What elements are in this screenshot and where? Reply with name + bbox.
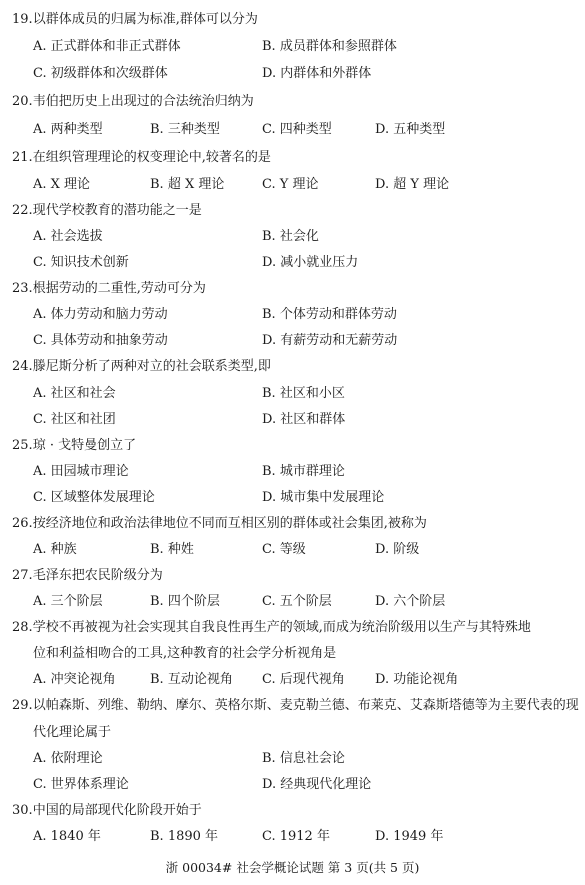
option-25-d: D. 城市集中发展理论 (262, 490, 384, 506)
page-footer: 浙 00034# 社会学概论试题 第 3 页(共 5 页) (0, 858, 585, 876)
question-20-stem: 20.韦伯把历史上出现过的合法统治归纳为 (12, 94, 254, 110)
option-19-c: C. 初级群体和次级群体 (33, 66, 168, 82)
question-30-stem: 30.中国的局部现代化阶段开始于 (12, 803, 202, 819)
option-20-b: B. 三种类型 (150, 122, 220, 138)
option-20-d: D. 五种类型 (375, 122, 445, 138)
option-27-c: C. 五个阶层 (262, 594, 332, 610)
option-28-d: D. 功能论视角 (375, 672, 458, 688)
option-19-d: D. 内群体和外群体 (262, 66, 371, 82)
option-26-c: C. 等级 (262, 542, 306, 558)
option-20-c: C. 四种类型 (262, 122, 332, 138)
option-22-c: C. 知识技术创新 (33, 255, 129, 271)
option-27-a: A. 三个阶层 (33, 594, 103, 610)
option-25-a: A. 田园城市理论 (33, 464, 129, 480)
option-29-b: B. 信息社会论 (262, 751, 345, 767)
question-28-stem: 28.学校不再被视为社会实现其自我良性再生产的领域,而成为统治阶级用以生产与其特… (12, 620, 531, 636)
option-29-d: D. 经典现代化理论 (262, 777, 371, 793)
option-24-c: C. 社区和社团 (33, 412, 116, 428)
option-25-c: C. 区域整体发展理论 (33, 490, 155, 506)
option-20-a: A. 两种类型 (33, 122, 103, 138)
option-22-a: A. 社会选拔 (33, 229, 103, 245)
option-21-a: A. X 理论 (33, 177, 90, 193)
option-24-d: D. 社区和群体 (262, 412, 345, 428)
option-30-d: D. 1949 年 (375, 829, 443, 845)
option-26-a: A. 种族 (33, 542, 77, 558)
option-23-b: B. 个体劳动和群体劳动 (262, 307, 397, 323)
question-22-stem: 22.现代学校教育的潜功能之一是 (12, 203, 202, 219)
option-19-b: B. 成员群体和参照群体 (262, 39, 397, 55)
question-24-stem: 24.滕尼斯分析了两种对立的社会联系类型,即 (12, 359, 271, 375)
option-26-d: D. 阶级 (375, 542, 419, 558)
option-24-a: A. 社区和社会 (33, 386, 116, 402)
option-26-b: B. 种姓 (150, 542, 194, 558)
option-28-b: B. 互动论视角 (150, 672, 233, 688)
option-21-c: C. Y 理论 (262, 177, 318, 193)
question-29-stem: 29.以帕森斯、列维、勒纳、摩尔、英格尔斯、麦克勒兰德、布莱克、艾森斯塔德等为主… (12, 698, 579, 714)
option-30-a: A. 1840 年 (33, 829, 101, 845)
option-29-a: A. 依附理论 (33, 751, 103, 767)
option-28-a: A. 冲突论视角 (33, 672, 116, 688)
option-25-b: B. 城市群理论 (262, 464, 345, 480)
option-23-a: A. 体力劳动和脑力劳动 (33, 307, 168, 323)
option-30-b: B. 1890 年 (150, 829, 218, 845)
option-27-d: D. 六个阶层 (375, 594, 445, 610)
option-29-c: C. 世界体系理论 (33, 777, 129, 793)
option-24-b: B. 社区和小区 (262, 386, 345, 402)
question-19-stem: 19.以群体成员的归属为标准,群体可以分为 (12, 12, 258, 28)
question-26-stem: 26.按经济地位和政治法律地位不同而互相区别的群体或社会集团,被称为 (12, 516, 427, 532)
option-21-b: B. 超 X 理论 (150, 177, 224, 193)
option-27-b: B. 四个阶层 (150, 594, 220, 610)
question-25-stem: 25.琼 · 戈特曼创立了 (12, 438, 136, 454)
option-19-a: A. 正式群体和非正式群体 (33, 39, 181, 55)
option-23-d: D. 有薪劳动和无薪劳动 (262, 333, 397, 349)
option-28-c: C. 后现代视角 (262, 672, 345, 688)
question-28-stem-continued: 位和利益相吻合的工具,这种教育的社会学分析视角是 (33, 646, 336, 662)
option-22-d: D. 减小就业压力 (262, 255, 358, 271)
question-23-stem: 23.根据劳动的二重性,劳动可分为 (12, 281, 206, 297)
option-23-c: C. 具体劳动和抽象劳动 (33, 333, 168, 349)
option-21-d: D. 超 Y 理论 (375, 177, 449, 193)
option-30-c: C. 1912 年 (262, 829, 330, 845)
option-22-b: B. 社会化 (262, 229, 319, 245)
question-27-stem: 27.毛泽东把农民阶级分为 (12, 568, 163, 584)
question-29-stem-continued: 代化理论属于 (33, 725, 111, 741)
question-21-stem: 21.在组织管理理论的权变理论中,较著名的是 (12, 150, 271, 166)
